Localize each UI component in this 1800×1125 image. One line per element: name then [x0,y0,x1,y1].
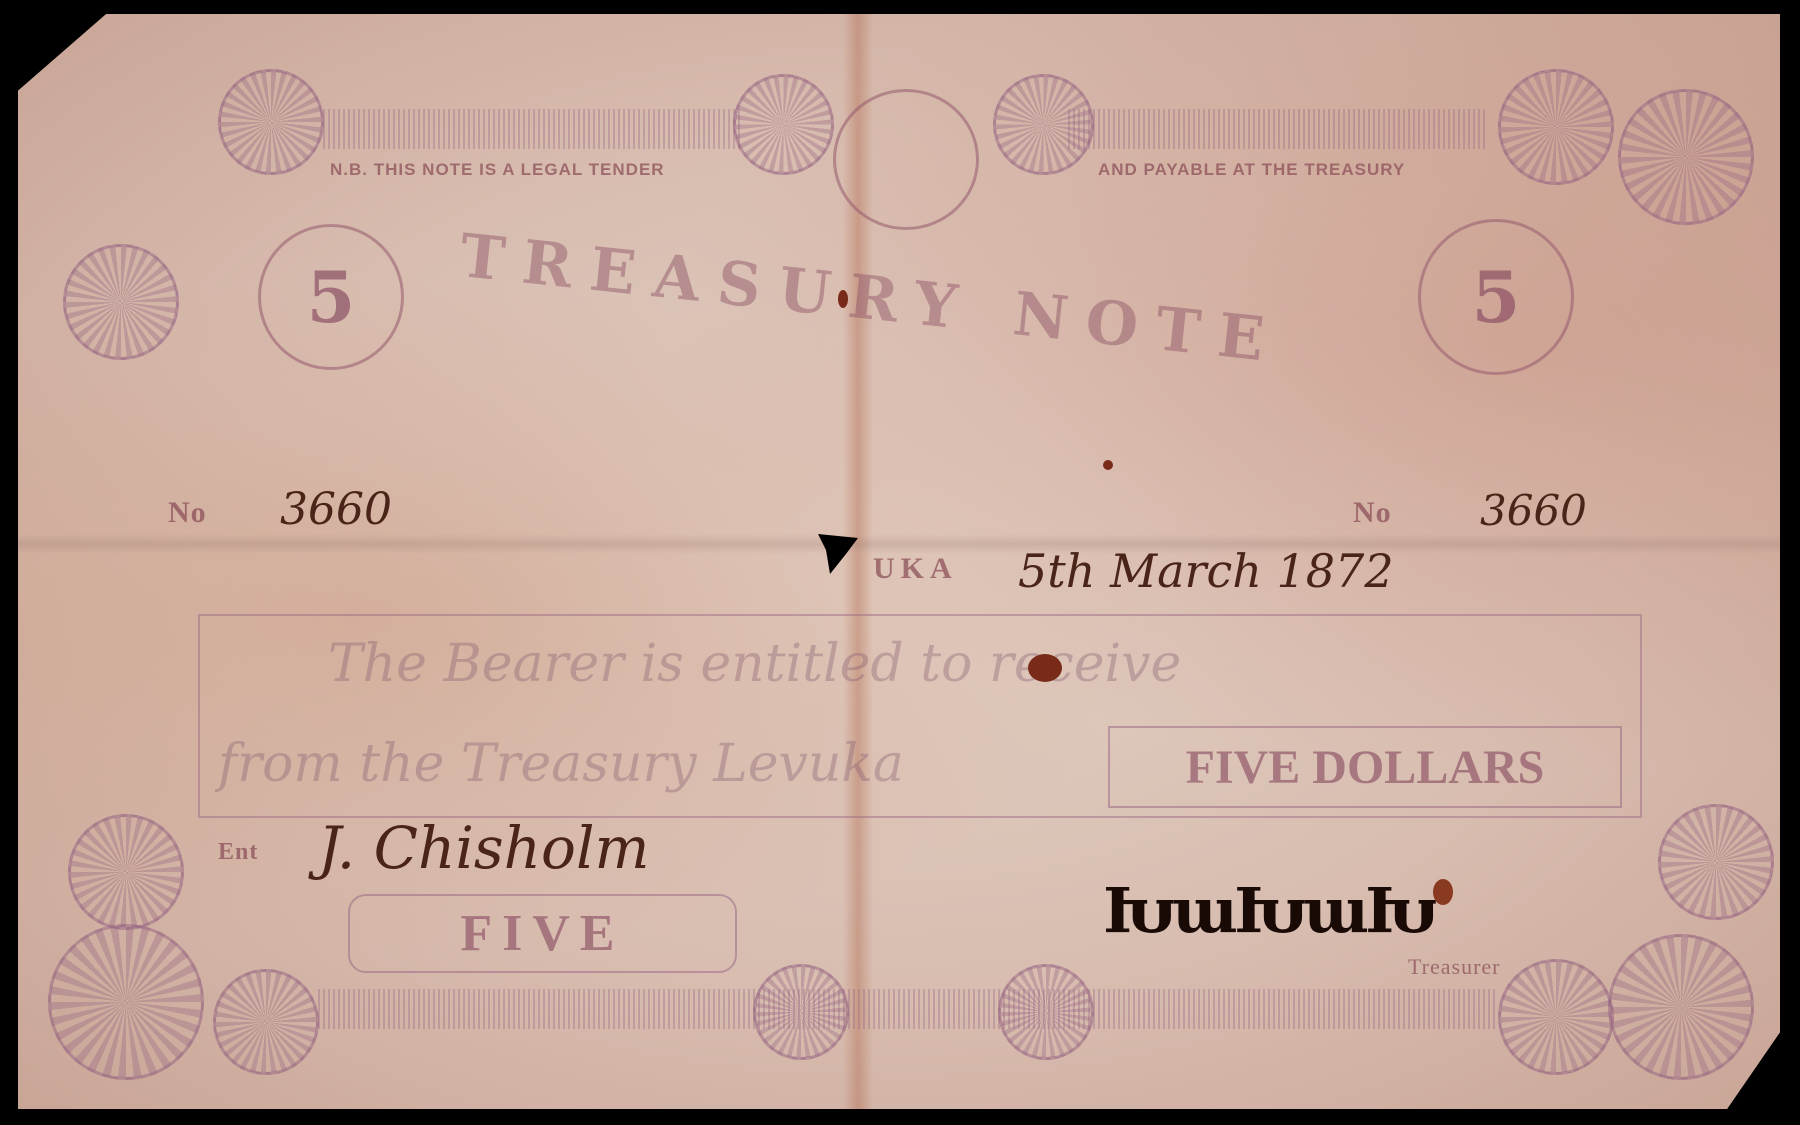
rosette-top-right [1498,69,1614,185]
rosette-bottom-left-2 [48,924,204,1080]
numeral-medallion-left: 5 [258,224,404,370]
ink-blot-2 [1433,879,1453,905]
rosette-bottom-left [68,814,184,930]
rosette-bottom-center-2 [998,964,1094,1060]
ink-dot [1103,460,1113,470]
rosette-top-far-right [1618,89,1754,225]
serial-right-prefix: No [1353,496,1392,530]
numeral-medallion-right: 5 [1418,219,1574,375]
serial-left: 3660 [280,484,392,535]
ink-blot [1028,654,1062,682]
rosette-bottom-center [753,964,849,1060]
rosette-left-mid [63,244,179,360]
rosette-bottom-left-3 [213,969,319,1075]
banknote: N.B. THIS NOTE IS A LEGAL TENDER AND PAY… [18,14,1780,1109]
rosette-bottom-right-2 [1608,934,1754,1080]
central-seal [833,89,979,230]
place-fragment: UKA [873,552,958,586]
rosette-bottom-right [1498,959,1614,1075]
signature-right: ԽաԽաԽ [1103,874,1435,947]
five-word-panel: FIVE [348,894,737,973]
top-right-band [1068,109,1488,149]
rosette-top-center-left [733,74,834,175]
signature-left: J. Chisholm [318,814,650,882]
bottom-band [318,989,1498,1029]
top-left-band [323,109,743,149]
horizontal-fold [18,534,1780,554]
serial-left-prefix: No [168,496,207,530]
rosette-top-left [218,69,324,175]
serial-right: 3660 [1480,486,1587,535]
five-dollars-box: FIVE DOLLARS [1108,726,1622,808]
ink-dot-2 [838,290,848,308]
date-handwritten: 5th March 1872 [1018,544,1394,598]
treasurer-label: Treasurer [1408,954,1501,980]
countersign-label: Ent [218,839,258,866]
payable-legend: AND PAYABLE AT THE TREASURY [1098,160,1405,180]
rosette-right-mid [1658,804,1774,920]
rosette-top-center-right [993,74,1094,175]
legal-tender-legend: N.B. THIS NOTE IS A LEGAL TENDER [330,160,665,180]
